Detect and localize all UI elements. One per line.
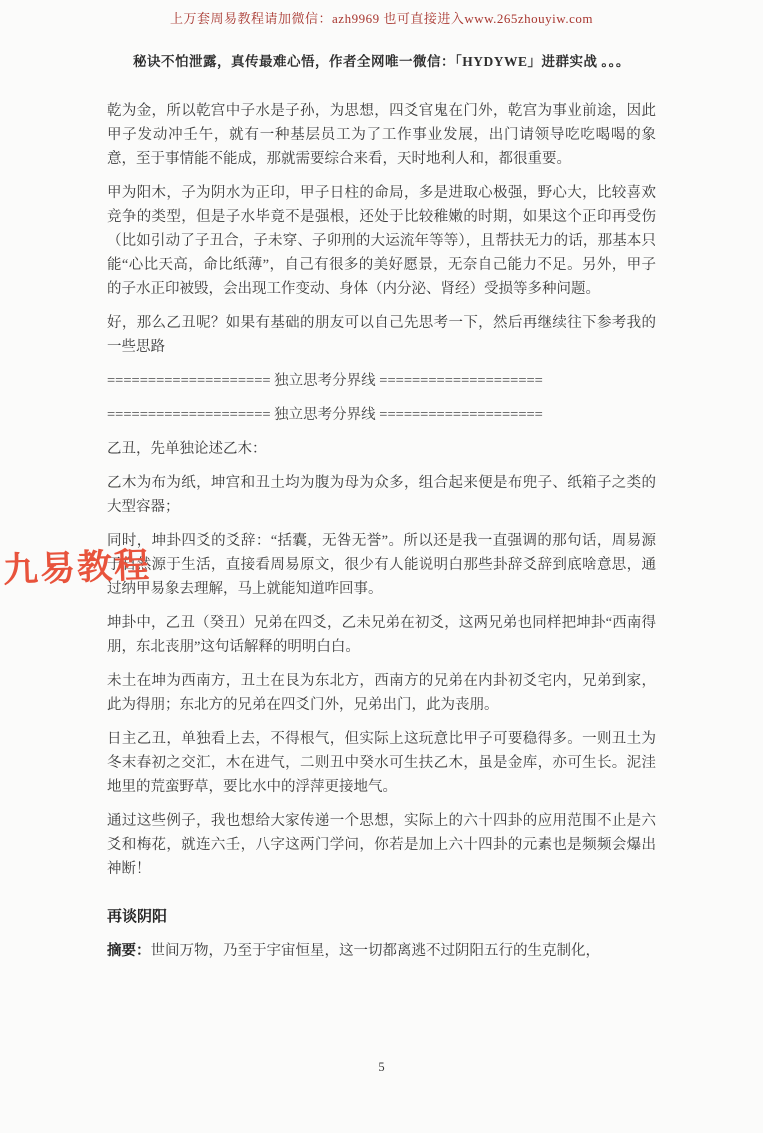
paragraph: 甲为阳木，子为阴水为正印，甲子日柱的命局，多是进取心极强，野心大，比较喜欢竞争的…: [107, 181, 656, 301]
document-body: 乾为金，所以乾宫中子水是子孙，为思想，四爻官鬼在门外，乾宫为事业前途，因此甲子发…: [107, 99, 656, 973]
section-divider: ==================== 独立思考分界线 ===========…: [107, 369, 656, 393]
document-page: 上万套周易教程请加微信：azh9969 也可直接进入www.265zhouyiw…: [0, 0, 763, 1133]
paragraph: 好，那么乙丑呢？如果有基础的朋友可以自己先思考一下，然后再继续往下参考我的一些思…: [107, 311, 656, 359]
document-header: 秘诀不怕泄露，真传最难心悟，作者全网唯一微信：「HYDYWE」进群实战 。。。: [0, 50, 763, 70]
paragraph-abstract: 摘要：世间万物，乃至于宇宙恒星，这一切都离逃不过阴阳五行的生克制化，: [107, 939, 656, 963]
watermark-overlay: 九易教程: [2, 538, 152, 593]
paragraph: 通过这些例子，我也想给大家传递一个思想，实际上的六十四卦的应用范围不止是六爻和梅…: [107, 809, 656, 881]
section-heading: 再谈阴阳: [107, 905, 656, 929]
paragraph: 乙丑，先单独论述乙木：: [107, 437, 656, 461]
abstract-label: 摘要：: [107, 943, 151, 959]
paragraph: 日主乙丑，单独看上去，不得根气，但实际上这玩意比甲子可要稳得多。一则丑土为冬末春…: [107, 727, 656, 799]
abstract-text: 世间万物，乃至于宇宙恒星，这一切都离逃不过阴阳五行的生克制化，: [151, 943, 601, 959]
top-promo-line: 上万套周易教程请加微信：azh9969 也可直接进入www.265zhouyiw…: [0, 8, 763, 27]
paragraph: 乙木为布为纸，坤宫和丑土均为腹为母为众多，组合起来便是布兜子、纸箱子之类的大型容…: [107, 471, 656, 519]
page-number: 5: [0, 1060, 763, 1075]
paragraph: 同时，坤卦四爻的爻辞：“括囊，无咎无誉”。所以还是我一直强调的那句话，周易源于自…: [107, 529, 656, 601]
section-divider: ==================== 独立思考分界线 ===========…: [107, 403, 656, 427]
paragraph: 未土在坤为西南方，丑土在艮为东北方，西南方的兄弟在内卦初爻宅内，兄弟到家，此为得…: [107, 669, 656, 717]
paragraph: 坤卦中，乙丑（癸丑）兄弟在四爻，乙未兄弟在初爻，这两兄弟也同样把坤卦“西南得朋，…: [107, 611, 656, 659]
paragraph: 乾为金，所以乾宫中子水是子孙，为思想，四爻官鬼在门外，乾宫为事业前途，因此甲子发…: [107, 99, 656, 171]
